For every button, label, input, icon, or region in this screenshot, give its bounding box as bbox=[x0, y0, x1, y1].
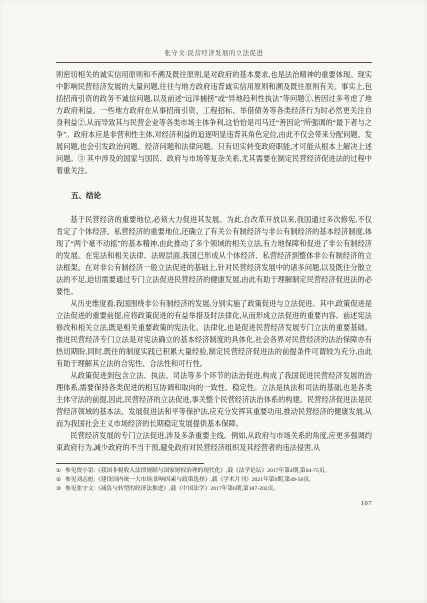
footnote-1-marker: ① bbox=[56, 467, 61, 476]
footnote-1: ① 参见贾小雷:《我国非税收入法律规制与国家财权治理的现代化》,载《法学论坛》2… bbox=[56, 467, 372, 476]
article-body: 则密切相关的诚实信用原则和不溯及既往原则,是对政府的基本要求,也是法治精神的重要… bbox=[56, 69, 372, 454]
footnote-1-text: 参见贾小雷:《我国非税收入法律规制与国家财权治理的现代化》,载《法学论坛》201… bbox=[65, 467, 372, 476]
paragraph-conclusion-2: 从历史维度看,我国围绕非公有制经济的发展,分别实施了政策促进与立法促进。其中,政… bbox=[56, 298, 372, 370]
footnote-3-text: 参见张守文:《减负与转型的经济法推进》,载《中国法学》2017年第6期,第187… bbox=[65, 485, 372, 494]
footnote-2-text: 参见刘志彪:《建设国内统一大市场:影响因素与政策选择》,载《学术月刊》2021年… bbox=[65, 476, 372, 485]
paragraph-conclusion-3: 从政策促进到包含立法、执法、司法等多个环节的法治促进,构成了我国促进民营经济发展… bbox=[56, 370, 372, 430]
footnote-2-marker: ② bbox=[56, 476, 61, 485]
page-number: 107 bbox=[56, 500, 372, 507]
running-header: 张守文:民营经济发展的立法促进 bbox=[56, 48, 372, 63]
footnote-3: ③ 参见张守文:《减负与转型的经济法推进》,载《中国法学》2017年第6期,第1… bbox=[56, 485, 372, 494]
footnote-3-marker: ③ bbox=[56, 485, 61, 494]
footnote-area: ① 参见贾小雷:《我国非税收入法律规制与国家财权治理的现代化》,载《法学论坛》2… bbox=[56, 463, 372, 494]
running-title: 张守文:民营经济发展的立法促进 bbox=[165, 50, 264, 57]
section-heading-conclusion: 五、结论 bbox=[56, 190, 372, 202]
journal-page: 张守文:民营经济发展的立法促进 则密切相关的诚实信用原则和不溯及既往原则,是对政… bbox=[0, 0, 427, 603]
paragraph-conclusion-4: 民营经济发展的专门立法促进,涉及多条重要主线。例如,从政府与市场关系的角度,应更… bbox=[56, 430, 372, 454]
page-content: 张守文:民营经济发展的立法促进 则密切相关的诚实信用原则和不溯及既往原则,是对政… bbox=[56, 48, 372, 507]
paragraph-continuation: 则密切相关的诚实信用原则和不溯及既往原则,是对政府的基本要求,也是法治精神的重要… bbox=[56, 69, 372, 177]
paragraph-conclusion-1: 基于民营经济的重要地位,必须大力促进其发展。为此,自改革开放以来,我国通过多次修… bbox=[56, 214, 372, 298]
footnote-separator-rule bbox=[56, 463, 204, 464]
footnote-2: ② 参见刘志彪:《建设国内统一大市场:影响因素与政策选择》,载《学术月刊》202… bbox=[56, 476, 372, 485]
